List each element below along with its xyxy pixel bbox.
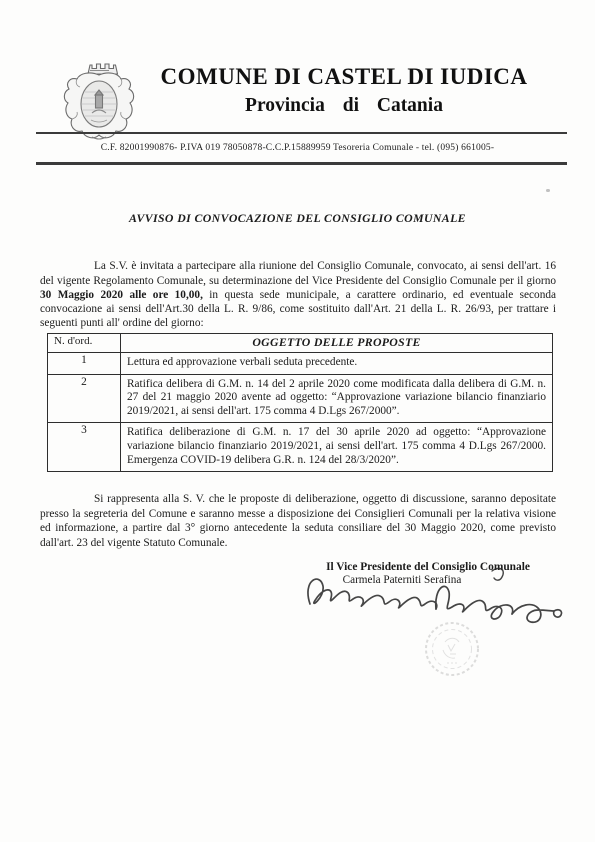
agenda-table: N. d'ord. OGGETTO DELLE PROPOSTE 1 Lettu… (47, 333, 553, 472)
signature-role: Il Vice Presidente del Consiglio Comunal… (292, 561, 564, 573)
body-paragraph-1: La S.V. è invitata a partecipare alla ri… (40, 259, 556, 330)
signatory-name: Carmela Paterniti Serafina (292, 574, 564, 586)
official-stamp-icon (423, 620, 481, 678)
signature-block: Il Vice Presidente del Consiglio Comunal… (292, 561, 564, 586)
header-divider-bottom (36, 162, 567, 165)
column-header-number: N. d'ord. (48, 334, 121, 353)
scanned-document-page: COMUNE DI CASTEL DI IUDICA Provincia di … (0, 0, 595, 842)
meeting-datetime: 30 Maggio 2020 alle ore 10,00, (40, 289, 203, 301)
scan-speck (546, 189, 550, 192)
document-header: COMUNE DI CASTEL DI IUDICA Provincia di … (140, 64, 548, 117)
municipality-name: COMUNE DI CASTEL DI IUDICA (140, 64, 548, 90)
row-number: 3 (48, 423, 121, 472)
row-subject: Lettura ed approvazione verbali seduta p… (121, 353, 553, 375)
column-header-subject: OGGETTO DELLE PROPOSTE (121, 334, 553, 353)
paragraph1-text-start: La S.V. è invitata a partecipare alla ri… (40, 260, 556, 286)
row-subject: Ratifica deliberazione di G.M. n. 17 del… (121, 423, 553, 472)
table-row: 2 Ratifica delibera di G.M. n. 14 del 2 … (48, 374, 553, 423)
row-number: 2 (48, 374, 121, 423)
closing-paragraph: Si rappresenta alla S. V. che le propost… (40, 492, 556, 550)
table-row: 1 Lettura ed approvazione verbali seduta… (48, 353, 553, 375)
header-divider-top (36, 132, 567, 134)
contact-info-line: C.F. 82001990876- P.IVA 019 78050878-C.C… (0, 143, 595, 153)
row-subject: Ratifica delibera di G.M. n. 14 del 2 ap… (121, 374, 553, 423)
notice-title: AVVISO DI CONVOCAZIONE DEL CONSIGLIO COM… (0, 211, 595, 226)
agenda-header-row: N. d'ord. OGGETTO DELLE PROPOSTE (48, 334, 553, 353)
row-number: 1 (48, 353, 121, 375)
province-name: Provincia di Catania (140, 95, 548, 117)
table-row: 3 Ratifica deliberazione di G.M. n. 17 d… (48, 423, 553, 472)
